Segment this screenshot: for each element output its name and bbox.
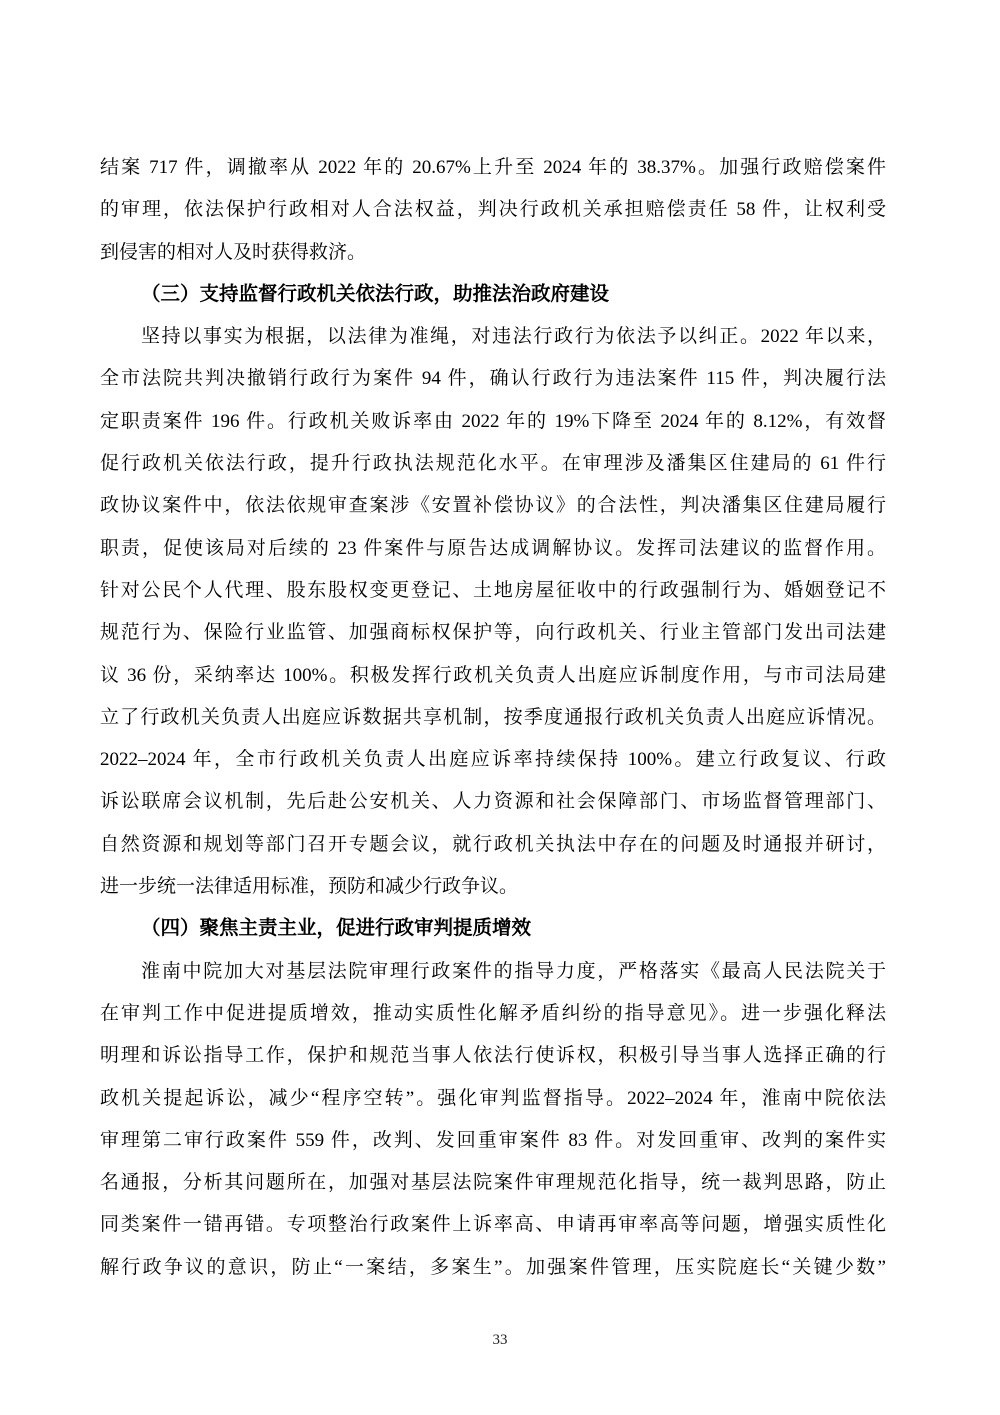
text-line: 在审判工作中促进提质增效，推动实质性化解矛盾纠纷的指导意见》。进一步强化释法 — [100, 993, 886, 1035]
text-line: 定职责案件 196 件。行政机关败诉率由 2022 年的 19%下降至 2024… — [100, 401, 886, 443]
text-line: 明理和诉讼指导工作，保护和规范当事人依法行使诉权，积极引导当事人选择正确的行 — [100, 1035, 886, 1077]
document-page: 结案 717 件，调撤率从 2022 年的 20.67%上升至 2024 年的 … — [0, 0, 1000, 1415]
text-line: 针对公民个人代理、股东股权变更登记、土地房屋征收中的行政强制行为、婚姻登记不 — [100, 570, 886, 612]
section-heading: （四）聚焦主责主业，促进行政审判提质增效 — [100, 908, 886, 950]
page-content: 结案 717 件，调撤率从 2022 年的 20.67%上升至 2024 年的 … — [100, 147, 886, 1289]
text-line: 诉讼联席会议机制，先后赴公安机关、人力资源和社会保障部门、市场监督管理部门、 — [100, 781, 886, 823]
text-line: 立了行政机关负责人出庭应诉数据共享机制，按季度通报行政机关负责人出庭应诉情况。 — [100, 697, 886, 739]
text-line: 2022–2024 年，全市行政机关负责人出庭应诉率持续保持 100%。建立行政… — [100, 739, 886, 781]
text-line: 职责，促使该局对后续的 23 件案件与原告达成调解协议。发挥司法建议的监督作用。 — [100, 528, 886, 570]
text-line: 全市法院共判决撤销行政行为案件 94 件，确认行政行为违法案件 115 件，判决… — [100, 358, 886, 400]
text-line: 名通报，分析其问题所在，加强对基层法院案件审理规范化指导，统一裁判思路，防止 — [100, 1162, 886, 1204]
text-line: 解行政争议的意识，防止“一案结，多案生”。加强案件管理，压实院庭长“关键少数” — [100, 1247, 886, 1289]
text-line: 进一步统一法律适用标准，预防和减少行政争议。 — [100, 866, 886, 908]
text-line: 政协议案件中，依法依规审查案涉《安置补偿协议》的合法性，判决潘集区住建局履行 — [100, 485, 886, 527]
text-line: 促行政机关依法行政，提升行政执法规范化水平。在审理涉及潘集区住建局的 61 件行 — [100, 443, 886, 485]
text-line: 规范行为、保险行业监管、加强商标权保护等，向行政机关、行业主管部门发出司法建 — [100, 612, 886, 654]
text-line: 审理第二审行政案件 559 件，改判、发回重审案件 83 件。对发回重审、改判的… — [100, 1120, 886, 1162]
text-line: 议 36 份，采纳率达 100%。积极发挥行政机关负责人出庭应诉制度作用，与市司… — [100, 655, 886, 697]
section-heading: （三）支持监督行政机关依法行政，助推法治政府建设 — [100, 274, 886, 316]
text-line: 淮南中院加大对基层法院审理行政案件的指导力度，严格落实《最高人民法院关于 — [100, 951, 886, 993]
text-line: 同类案件一错再错。专项整治行政案件上诉率高、申请再审率高等问题，增强实质性化 — [100, 1204, 886, 1246]
text-line: 的审理，依法保护行政相对人合法权益，判决行政机关承担赔偿责任 58 件，让权利受 — [100, 189, 886, 231]
text-line: 坚持以事实为根据，以法律为准绳，对违法行政行为依法予以纠正。2022 年以来， — [100, 316, 886, 358]
page-number: 33 — [0, 1332, 1000, 1349]
text-line: 自然资源和规划等部门召开专题会议，就行政机关执法中存在的问题及时通报并研讨， — [100, 824, 886, 866]
text-line: 到侵害的相对人及时获得救济。 — [100, 232, 886, 274]
text-line: 政机关提起诉讼，减少“程序空转”。强化审判监督指导。2022–2024 年，淮南… — [100, 1078, 886, 1120]
text-line: 结案 717 件，调撤率从 2022 年的 20.67%上升至 2024 年的 … — [100, 147, 886, 189]
